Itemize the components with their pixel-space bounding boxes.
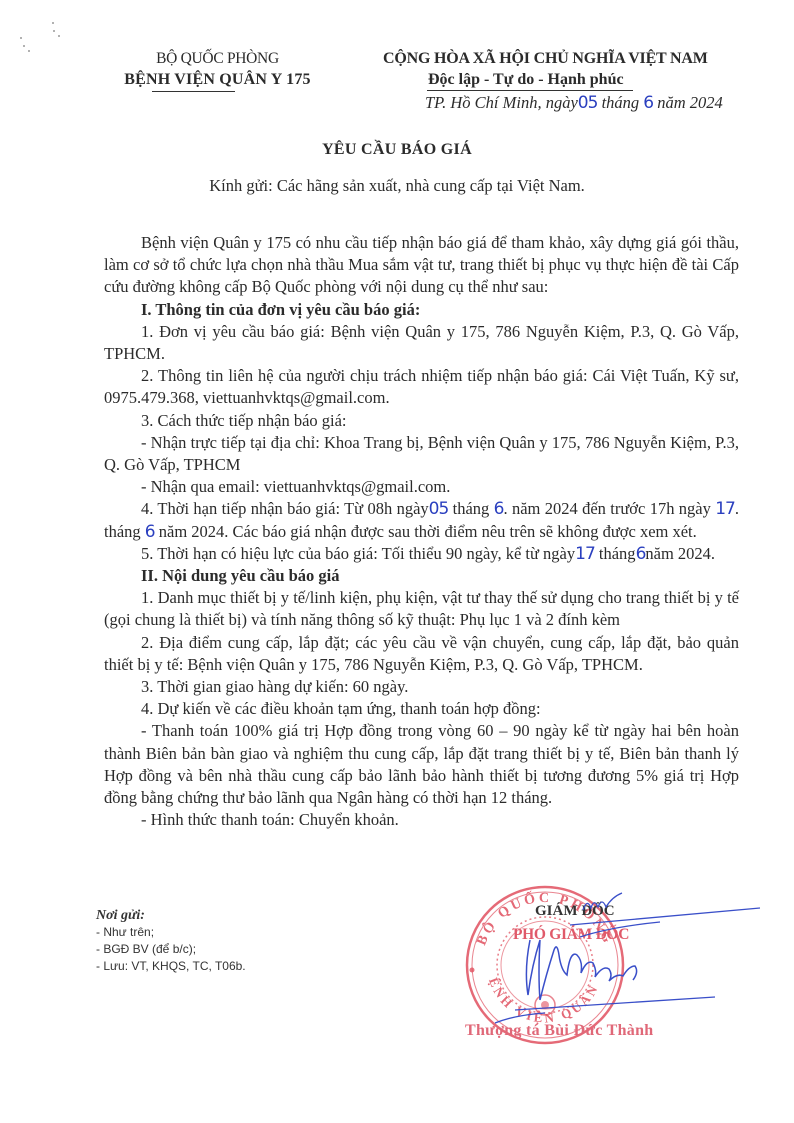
- motto-underline: [427, 90, 633, 91]
- recipient-line: Kính gửi: Các hãng sản xuất, nhà cung cấ…: [0, 176, 794, 196]
- section-2-item-1: 1. Danh mục thiết bị y tế/linh kiện, phụ…: [104, 587, 739, 631]
- item-4-month-to-handwritten: 6: [145, 522, 155, 542]
- national-motto: Độc lập - Tự do - Hạnh phúc: [428, 71, 624, 89]
- item-4-text-2: tháng: [448, 499, 493, 518]
- section-2-item-3: 3. Thời gian giao hàng dự kiến: 60 ngày.: [104, 676, 739, 698]
- date-month-handwritten: 6: [643, 93, 653, 113]
- date-prefix: TP. Hồ Chí Minh, ngày: [425, 93, 578, 112]
- org-parent: BỘ QUỐC PHÒNG: [130, 50, 305, 68]
- section-1-heading: I. Thông tin của đơn vị yêu cầu báo giá:: [104, 299, 739, 321]
- section-1-item-4: 4. Thời hạn tiếp nhận báo giá: Từ 08h ng…: [104, 498, 739, 542]
- item-4-day-to-handwritten: 17: [715, 499, 735, 519]
- document-title: YÊU CẦU BÁO GIÁ: [0, 141, 794, 159]
- item-4-month-from-handwritten: 6: [494, 499, 504, 519]
- recipient-item: - Lưu: VT, KHQS, TC, T06b.: [96, 958, 246, 975]
- section-1-item-3b: - Nhận qua email: viettuanhvktqs@gmail.c…: [104, 476, 739, 498]
- item-4-day-from-handwritten: 05: [429, 499, 449, 519]
- org-name: BỆNH VIỆN QUÂN Y 175: [100, 71, 335, 89]
- date-day-handwritten: 05: [578, 93, 598, 113]
- recipient-item: - Như trên;: [96, 924, 246, 941]
- section-2-heading: II. Nội dung yêu cầu báo giá: [104, 565, 739, 587]
- date-month-label: tháng: [597, 93, 643, 112]
- section-2-item-4a: - Thanh toán 100% giá trị Hợp đồng trong…: [104, 720, 739, 809]
- section-1-item-2: 2. Thông tin liên hệ của người chịu trác…: [104, 365, 739, 409]
- signer-name: Thượng tá Bùi Đức Thành: [465, 1022, 654, 1040]
- intro-paragraph: Bệnh viện Quân y 175 có nhu cầu tiếp nhậ…: [104, 232, 739, 299]
- item-5-text-3: năm 2024.: [645, 544, 715, 563]
- section-1-item-5: 5. Thời hạn có hiệu lực của báo giá: Tối…: [104, 543, 739, 565]
- document-body: Bệnh viện Quân y 175 có nhu cầu tiếp nhậ…: [104, 232, 739, 831]
- recipients-list: Nơi gửi: - Như trên; - BGĐ BV (để b/c); …: [96, 907, 246, 975]
- item-5-text-2: tháng: [595, 544, 636, 563]
- section-2-item-4: 4. Dự kiến về các điều khoản tạm ứng, th…: [104, 698, 739, 720]
- item-4-text-5: năm 2024. Các báo giá nhận được sau thời…: [155, 522, 697, 541]
- item-4-text-1: 4. Thời hạn tiếp nhận báo giá: Từ 08h ng…: [141, 499, 429, 518]
- item-5-month-handwritten: 6: [636, 544, 646, 564]
- section-1-item-1: 1. Đơn vị yêu cầu báo giá: Bệnh viện Quâ…: [104, 321, 739, 365]
- item-5-day-handwritten: 17: [575, 544, 595, 564]
- date-year: năm 2024: [653, 93, 723, 112]
- item-4-text-3: . năm 2024 đến trước 17h ngày: [504, 499, 716, 518]
- section-1-item-3: 3. Cách thức tiếp nhận báo giá:: [104, 410, 739, 432]
- national-title: CỘNG HÒA XÃ HỘI CHỦ NGHĨA VIỆT NAM: [383, 50, 708, 68]
- recipients-label: Nơi gửi:: [96, 907, 246, 924]
- recipient-item: - BGĐ BV (để b/c);: [96, 941, 246, 958]
- date-line: TP. Hồ Chí Minh, ngày05 tháng 6 năm 2024: [425, 93, 723, 113]
- section-1-item-3a: - Nhận trực tiếp tại địa chỉ: Khoa Trang…: [104, 432, 739, 476]
- org-underline: [152, 91, 235, 92]
- item-5-text-1: 5. Thời hạn có hiệu lực của báo giá: Tối…: [141, 544, 575, 563]
- section-2-item-2: 2. Địa điểm cung cấp, lắp đặt; các yêu c…: [104, 632, 739, 676]
- section-2-item-4b: - Hình thức thanh toán: Chuyển khoản.: [104, 809, 739, 831]
